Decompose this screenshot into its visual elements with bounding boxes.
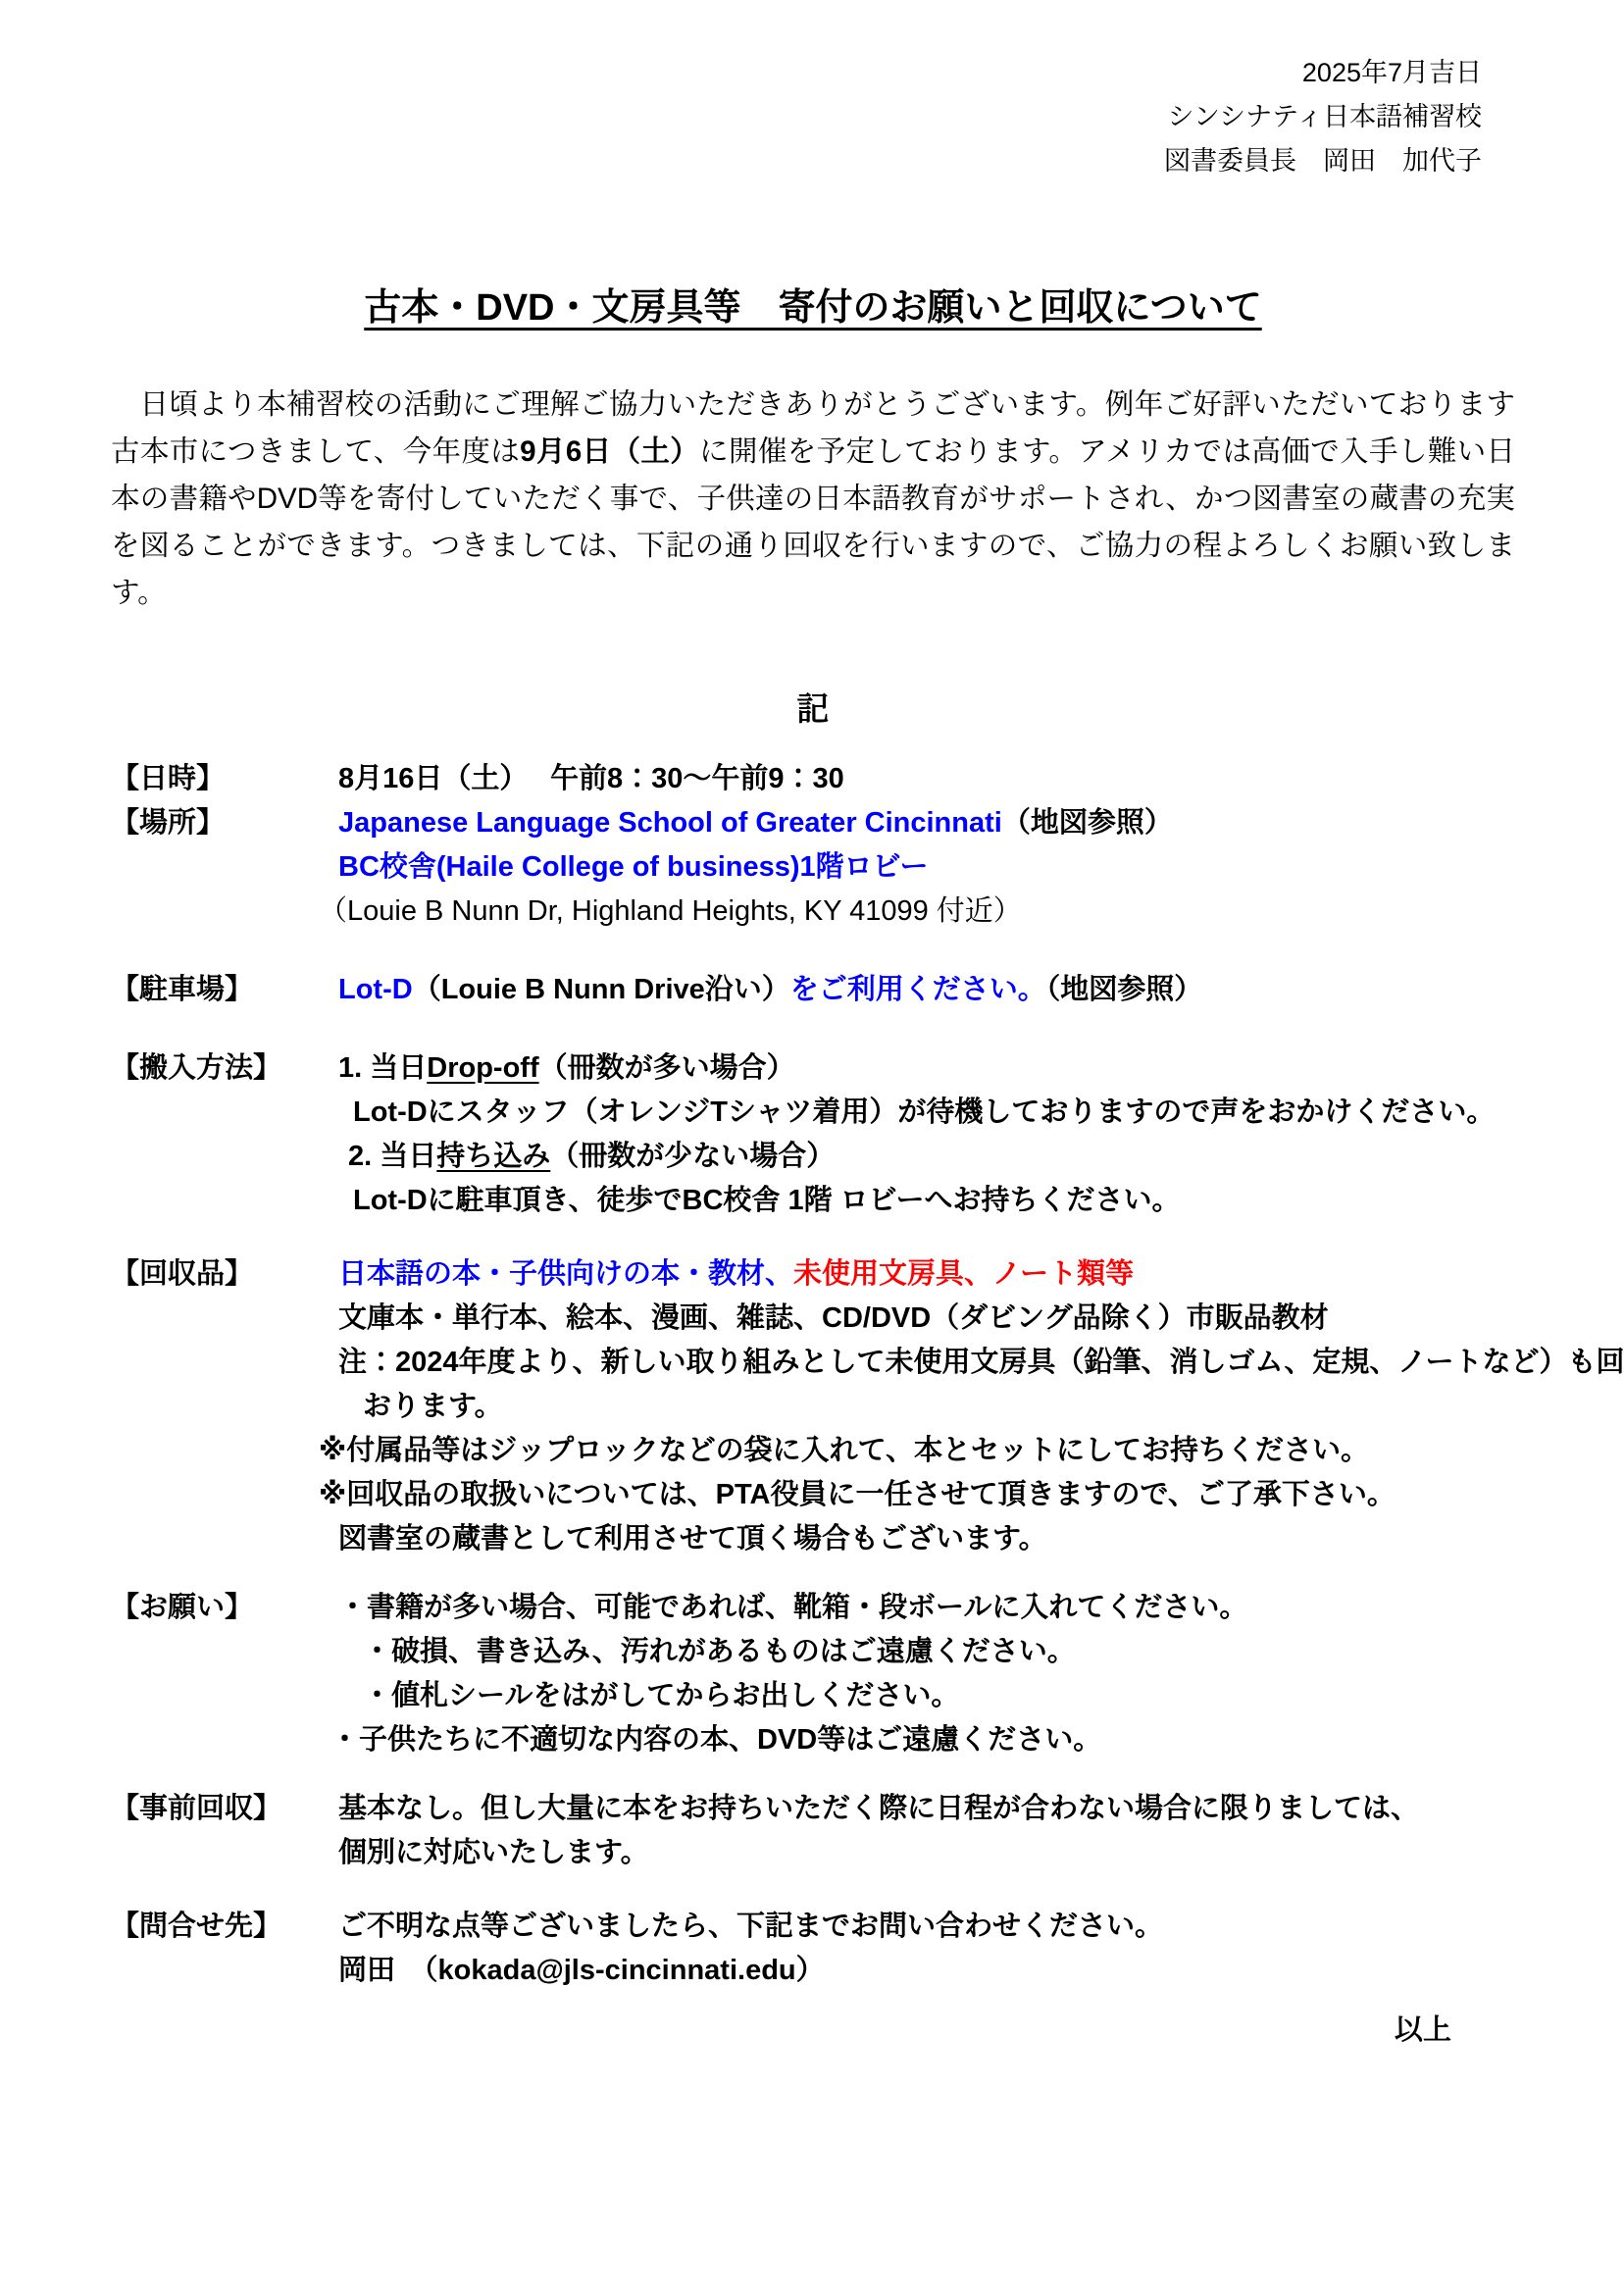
header-author: 図書委員長 岡田 加代子: [111, 139, 1482, 183]
label-datetime: 【日時】: [111, 757, 225, 801]
intro-paragraph: 日頃より本補習校の活動にご理解ご協力いただきありがとうございます。例年ご好評いた…: [111, 382, 1515, 617]
section-items: 【回収品】 日本語の本・子供向けの本・教材、未使用文房具、ノート類等 文庫本・単…: [111, 1252, 1515, 1561]
contact-line-1: ご不明な点等ございましたら、下記までお問い合わせください。: [338, 1905, 1515, 1949]
items-note-1: ※付属品等はジップロックなどの袋に入れて、本とセットにしてお持ちください。: [319, 1429, 1515, 1473]
section-parking: 【駐車場】 Lot-D（Louie B Nunn Drive沿い）をご利用くださ…: [111, 968, 1515, 1012]
carry-in-item-1-no: 1.: [338, 1052, 362, 1084]
parking-use-note: をご利用ください。: [790, 974, 1046, 1005]
carry-in-item-2-no: 2.: [348, 1141, 372, 1172]
location-map-note: （地図参照）: [1002, 807, 1173, 839]
section-carry-in: 【搬入方法】 1. 当日Drop-off（冊数が多い場合） Lot-Dにスタッフ…: [111, 1046, 1515, 1223]
request-item: ・破損、書き込み、汚れがあるものはご遠慮ください。: [363, 1630, 1515, 1674]
location-building: BC校舎(Haile College of business)1階ロビー: [338, 851, 928, 883]
parking-line: Lot-D（Louie B Nunn Drive沿い）をご利用ください。（地図参…: [338, 968, 1515, 1012]
label-advance-collection: 【事前回収】: [111, 1787, 281, 1831]
request-item: ・値札シールをはがしてからお出しください。: [363, 1674, 1515, 1718]
items-accepted-red: 未使用文房具、ノート類等: [793, 1258, 1134, 1290]
items-line-1: 日本語の本・子供向けの本・教材、未使用文房具、ノート類等: [338, 1252, 1515, 1297]
carry-in-item-1-pre: 当日: [370, 1052, 427, 1084]
advance-line-1: 基本なし。但し大量に本をお持ちいただく際に日程が合わない場合に限りましては、: [338, 1787, 1515, 1831]
carry-in-item-2-post: （冊数が少ない場合）: [550, 1141, 835, 1172]
items-line-3: 注：2024年度より、新しい取り組みとして未使用文房具（鉛筆、消しゴム、定規、ノ…: [338, 1341, 1515, 1385]
carry-in-item-2: 2. 当日持ち込み（冊数が少ない場合）: [348, 1135, 1515, 1179]
label-parking: 【駐車場】: [111, 968, 253, 1012]
contact-person: 岡田: [338, 1955, 395, 1986]
page-title-text: 古本・DVD・文房具等 寄付のお願いと回収について: [364, 287, 1261, 329]
closing-ijou: 以上: [111, 2008, 1515, 2048]
items-accepted-blue: 日本語の本・子供向けの本・教材、: [338, 1258, 793, 1290]
section-location: 【場所】 Japanese Language School of Greater…: [111, 801, 1515, 934]
document-header: 2025年7月吉日 シンシナティ日本語補習校 図書委員長 岡田 加代子: [111, 51, 1515, 183]
label-items: 【回収品】: [111, 1252, 253, 1297]
carry-in-item-1-method: Drop-off: [427, 1052, 538, 1084]
section-contact: 【問合せ先】 ご不明な点等ございましたら、下記までお問い合わせください。 岡田 …: [111, 1905, 1515, 1993]
section-datetime: 【日時】 8月16日（土） 午前8：30～午前9：30: [111, 757, 1515, 801]
items-line-4: おります。: [363, 1385, 1515, 1429]
items-line-2: 文庫本・単行本、絵本、漫画、雑誌、CD/DVD（ダビング品除く）市販品教材: [338, 1297, 1515, 1341]
parking-map-note: （地図参照）: [1046, 974, 1203, 1005]
carry-in-item-2-method: 持ち込み: [436, 1141, 550, 1172]
parking-lot-name: Lot-D: [338, 974, 413, 1005]
notice-heading: 記: [111, 684, 1515, 730]
request-item: ・書籍が多い場合、可能であれば、靴箱・段ボールに入れてください。: [338, 1586, 1515, 1630]
location-address: （Louie B Nunn Dr, Highland Heights, KY 4…: [319, 890, 1515, 934]
header-date: 2025年7月吉日: [111, 51, 1482, 95]
document-page: 2025年7月吉日 シンシナティ日本語補習校 図書委員長 岡田 加代子 古本・D…: [0, 0, 1624, 2294]
items-note-3: 図書室の蔵書として利用させて頂く場合もございます。: [338, 1517, 1515, 1561]
page-title: 古本・DVD・文房具等 寄付のお願いと回収について: [111, 277, 1515, 331]
items-note-2: ※回収品の取扱いについては、PTA役員に一任させて頂きますので、ご了承下さい。: [319, 1473, 1515, 1517]
contact-email: （kokada@jls-cincinnati.edu）: [424, 1955, 825, 1986]
label-requests: 【お願い】: [111, 1586, 253, 1630]
carry-in-item-1-detail: Lot-Dにスタッフ（オレンジTシャツ着用）が待機しておりますので声をおかけくだ…: [353, 1091, 1515, 1135]
notice-sections: 【日時】 8月16日（土） 午前8：30～午前9：30 【場所】 Japanes…: [111, 757, 1515, 1993]
request-item: ・子供たちに不適切な内容の本、DVD等はご遠慮ください。: [330, 1718, 1515, 1762]
contact-line-2: 岡田 （kokada@jls-cincinnati.edu）: [338, 1949, 1515, 1993]
label-carry-in: 【搬入方法】: [111, 1046, 281, 1091]
section-advance-collection: 【事前回収】 基本なし。但し大量に本をお持ちいただく際に日程が合わない場合に限り…: [111, 1787, 1515, 1875]
header-organization: シンシナティ日本語補習校: [111, 95, 1482, 139]
location-line-1: Japanese Language School of Greater Cinc…: [338, 801, 1515, 845]
event-date-highlight: 9月6日（土）: [520, 435, 699, 468]
carry-in-item-1-post: （冊数が多い場合）: [539, 1052, 795, 1084]
section-requests: 【お願い】 ・書籍が多い場合、可能であれば、靴箱・段ボールに入れてください。 ・…: [111, 1586, 1515, 1762]
advance-line-2: 個別に対応いたします。: [338, 1831, 1515, 1875]
carry-in-item-2-pre: 当日: [380, 1141, 436, 1172]
carry-in-item-1: 1. 当日Drop-off（冊数が多い場合）: [338, 1046, 1515, 1091]
parking-street: （Louie B Nunn Drive沿い）: [413, 974, 790, 1005]
location-name-en: Japanese Language School of Greater Cinc…: [338, 807, 1002, 839]
carry-in-item-2-detail: Lot-Dに駐車頂き、徒歩でBC校舎 1階 ロビーへお持ちください。: [353, 1179, 1515, 1223]
datetime-value: 8月16日（土） 午前8：30～午前9：30: [338, 757, 1515, 801]
label-contact: 【問合せ先】: [111, 1905, 281, 1949]
label-location: 【場所】: [111, 801, 225, 845]
location-line-2: BC校舎(Haile College of business)1階ロビー: [338, 845, 1515, 890]
